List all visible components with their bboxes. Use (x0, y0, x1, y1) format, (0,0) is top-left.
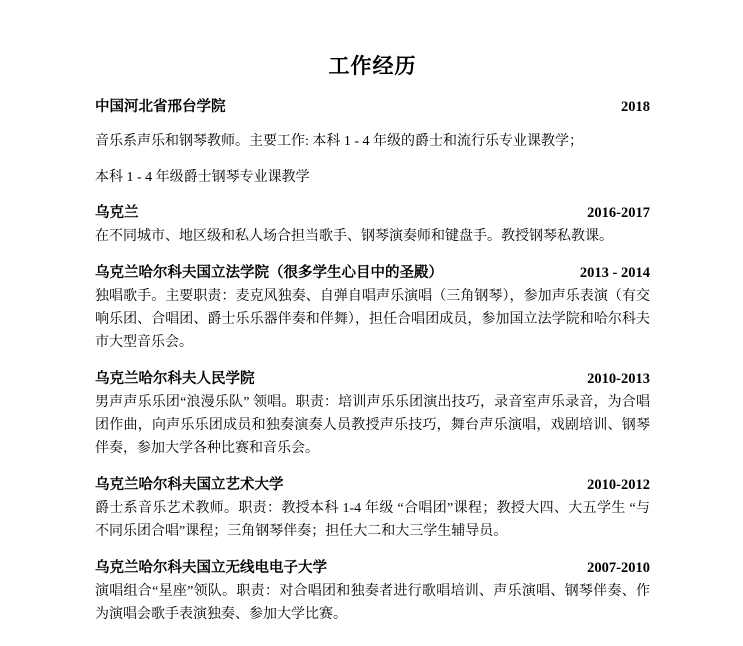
entry-header: 乌克兰 2016-2017 (95, 202, 650, 225)
entry-header: 乌克兰哈尔科夫人民学院 2010-2013 (95, 368, 650, 391)
organization-name: 乌克兰哈尔科夫国立艺术大学 (95, 474, 284, 497)
experience-entry: 乌克兰哈尔科夫国立无线电电子大学 2007-2010 演唱组合“星座”领队。职责… (95, 557, 650, 626)
entry-header: 乌克兰哈尔科夫国立无线电电子大学 2007-2010 (95, 557, 650, 580)
entry-period: 2007-2010 (587, 557, 650, 580)
experience-entry: 乌克兰哈尔科夫国立法学院（很多学生心目中的圣殿） 2013 - 2014 独唱歌… (95, 262, 650, 354)
organization-name: 乌克兰 (95, 202, 139, 225)
experience-entry: 乌克兰哈尔科夫国立艺术大学 2010-2012 爵士系音乐艺术教师。职责：教授本… (95, 474, 650, 543)
entry-period: 2018 (621, 96, 650, 119)
resume-page: 工作经历 中国河北省邢台学院 2018 音乐系声乐和钢琴教师。主要工作: 本科 … (0, 0, 743, 646)
entry-description: 演唱组合“星座”领队。职责：对合唱团和独奏者进行歌唱培训、声乐演唱、钢琴伴奏、作… (95, 580, 650, 626)
entry-header: 乌克兰哈尔科夫国立法学院（很多学生心目中的圣殿） 2013 - 2014 (95, 262, 650, 285)
entry-period: 2013 - 2014 (580, 262, 650, 285)
experience-entry: 乌克兰 2016-2017 在不同城市、地区级和私人场合担当歌手、钢琴演奏师和键… (95, 202, 650, 248)
entry-period: 2016-2017 (587, 202, 650, 225)
page-title: 工作经历 (95, 53, 650, 79)
organization-name: 乌克兰哈尔科夫人民学院 (95, 368, 255, 391)
entry-header: 中国河北省邢台学院 2018 (95, 96, 650, 119)
entry-period: 2010-2013 (587, 368, 650, 391)
entry-description: 男声声乐乐团“浪漫乐队” 领唱。职责：培训声乐乐团演出技巧，录音室声乐录音，为合… (95, 391, 650, 460)
organization-name: 乌克兰哈尔科夫国立法学院（很多学生心目中的圣殿） (95, 262, 443, 285)
entry-description: 爵士系音乐艺术教师。职责：教授本科 1-4 年级 “合唱团”课程；教授大四、大五… (95, 497, 650, 543)
entry-period: 2010-2012 (587, 474, 650, 497)
entry-description: 在不同城市、地区级和私人场合担当歌手、钢琴演奏师和键盘手。教授钢琴私教课。 (95, 225, 650, 248)
entry-description: 本科 1 - 4 年级爵士钢琴专业课教学 (95, 166, 650, 189)
organization-name: 乌克兰哈尔科夫国立无线电电子大学 (95, 557, 327, 580)
experience-entry: 中国河北省邢台学院 2018 音乐系声乐和钢琴教师。主要工作: 本科 1 - 4… (95, 96, 650, 189)
experience-entry: 乌克兰哈尔科夫人民学院 2010-2013 男声声乐乐团“浪漫乐队” 领唱。职责… (95, 368, 650, 460)
entry-description: 独唱歌手。主要职责：麦克风独奏、自弹自唱声乐演唱（三角钢琴），参加声乐表演（有交… (95, 285, 650, 354)
entry-description: 音乐系声乐和钢琴教师。主要工作: 本科 1 - 4 年级的爵士和流行乐专业课教学… (95, 130, 650, 153)
organization-name: 中国河北省邢台学院 (95, 96, 226, 119)
entry-header: 乌克兰哈尔科夫国立艺术大学 2010-2012 (95, 474, 650, 497)
